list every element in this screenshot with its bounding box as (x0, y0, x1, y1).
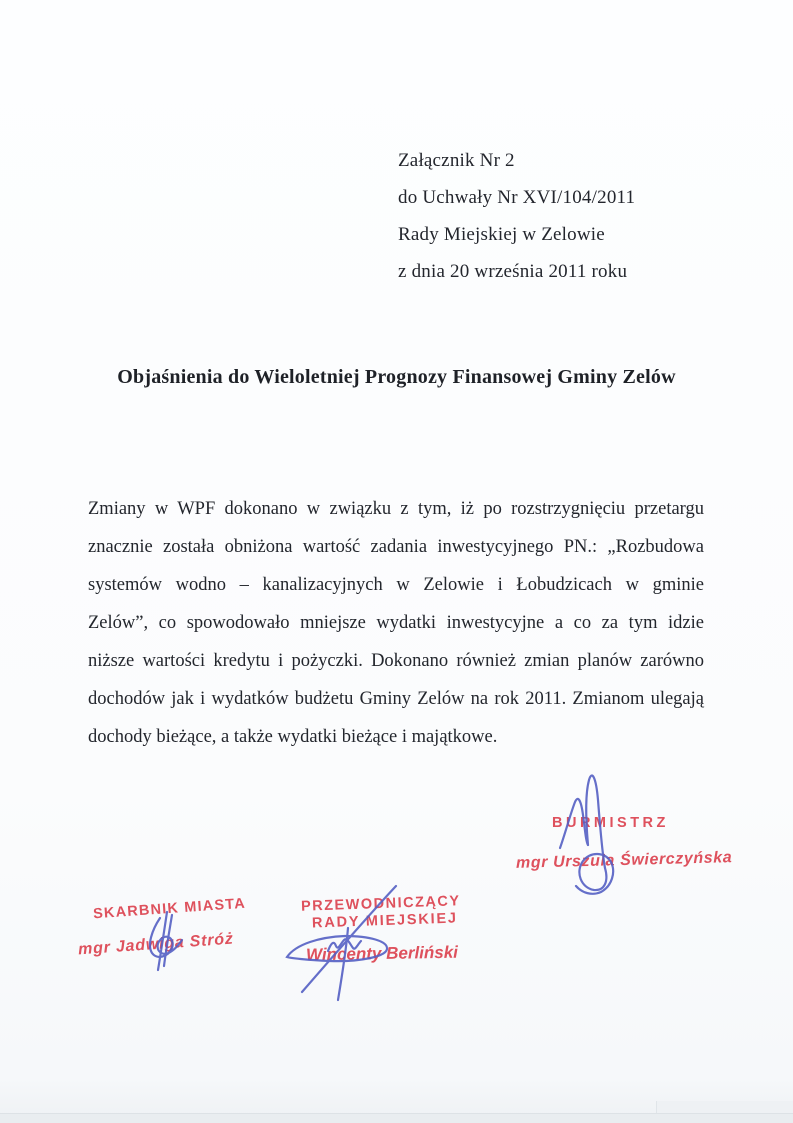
header-line-date: z dnia 20 września 2011 roku (398, 253, 635, 290)
header-line-council: Rady Miejskiej w Zelowie (398, 216, 635, 253)
header-line-resolution: do Uchwały Nr XVI/104/2011 (398, 179, 635, 216)
body-paragraph: Zmiany w WPF dokonano w związku z tym, i… (88, 490, 704, 756)
body-line: znacznie została obniżona wartość zadani… (88, 528, 704, 566)
scan-artifact-bottom-band (0, 1113, 793, 1123)
body-line: niższe wartości kredytu i pożyczki. Doko… (88, 642, 704, 680)
stamp-przewodniczacy-name: Wincenty Berliński (306, 943, 458, 966)
body-line: Zmiany w WPF dokonano w związku z tym, i… (88, 490, 704, 528)
body-line: systemów wodno – kanalizacyjnych w Zelow… (88, 566, 704, 604)
body-line: dochody bieżące, a także wydatki bieżące… (88, 718, 704, 756)
header-reference-block: Załącznik Nr 2 do Uchwały Nr XVI/104/201… (398, 142, 635, 290)
stamp-skarbnik-title: SKARBNIK MIASTA (93, 896, 247, 923)
body-line: Zelów”, co spowodowało mniejsze wydatki … (88, 604, 704, 642)
stamp-burmistrz-name: mgr Urszula Świerczyńska (516, 849, 733, 873)
stamp-skarbnik-name: mgr Jadwiga Stróż (78, 931, 235, 960)
stamp-burmistrz-title: BURMISTRZ (552, 815, 669, 831)
header-line-attachment: Załącznik Nr 2 (398, 142, 635, 179)
scanned-document-page: Załącznik Nr 2 do Uchwały Nr XVI/104/201… (0, 0, 793, 1123)
body-line: dochodów jak i wydatków budżetu Gminy Ze… (88, 680, 704, 718)
document-title: Objaśnienia do Wieloletniej Prognozy Fin… (0, 366, 793, 389)
signature-burmistrz-ink (560, 776, 613, 894)
scan-artifact-bottom-right (656, 1101, 793, 1113)
